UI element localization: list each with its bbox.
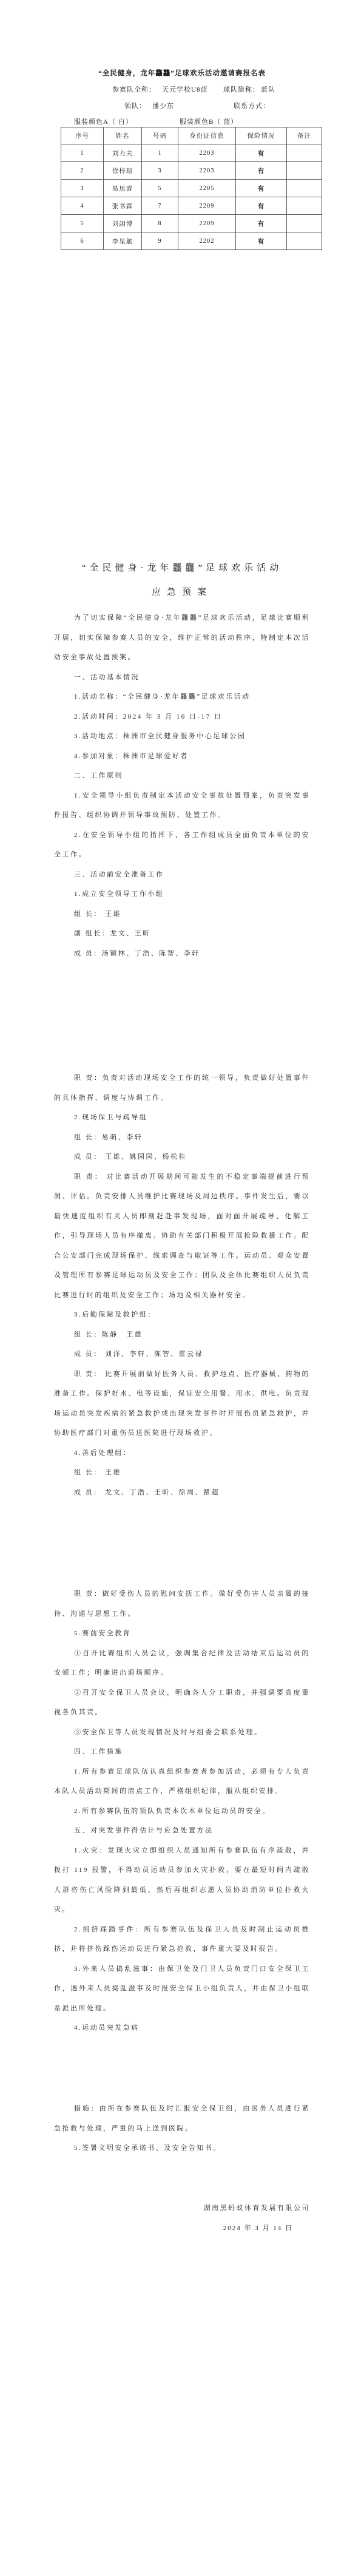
- plan-paragraph: ①召开比赛组织人员会议，强调集合纪律及活动结束后运动员的安顿工作；明确进出退场顺…: [54, 1644, 310, 1683]
- plan-paragraph: 措施：由所在参赛队伍及时汇报安全保卫组，由医务人员进行紧急抢救与处理，严重的马上…: [54, 2099, 310, 2138]
- plan-paragraph: 2.拥挤踩踏事件：所有参赛队伍及保卫人员及时制止运动员推挤，并将挤伤踩伤运动员进…: [54, 1920, 310, 1959]
- plan-paragraph: 五、对突发事件得估计与应急处置方法: [54, 1821, 310, 1841]
- plan-paragraph: 副 组长：龙文、王昕: [54, 924, 310, 944]
- plan-page-2: 职 责：负责对活动现场安全工作的统一领导，负责做好处置事件的具体指挥、调度与协调…: [54, 1068, 310, 1502]
- cell-insurance-status: 有: [236, 162, 287, 180]
- plan-page-3: 职 责：做好受伤人员的慰问安抚工作。做好受伤害人员亲属的接待、沟通与思想工作。5…: [54, 1584, 310, 2038]
- roster-header-cell: 保险情况: [236, 127, 287, 144]
- roster-header-cell: 身份证信息: [178, 127, 236, 144]
- roster-row: 5 刘翊博 8 2209 有: [61, 215, 322, 232]
- plan-paragraphs-4: 措施：由所在参赛队伍及时汇报安全保卫组，由医务人员进行紧急抢救与处理，严重的马上…: [54, 2099, 310, 2158]
- contact-label: 联系方式：: [234, 103, 270, 110]
- roster-row: 4 张书霖 7 2209 有: [61, 197, 322, 215]
- plan-paragraph: 职 责：负责对活动现场安全工作的统一领导，负责做好处置事件的具体指挥、调度与协调…: [54, 1068, 310, 1108]
- cell-insurance-status: 有: [236, 232, 287, 250]
- cell-jersey-number: 8: [142, 215, 178, 232]
- plan-paragraph: 2.所有参赛队伍的领队负责本次本单位运动员的安全。: [54, 1802, 310, 1822]
- cell-note: [287, 215, 322, 232]
- plan-paragraph: 1.活动名称：“全民健身·龙年龘龘”足球欢乐活动: [54, 687, 310, 707]
- plan-paragraph: 2.现场保卫与疏导组: [54, 1108, 310, 1128]
- plan-page-4: 措施：由所在参赛队伍及时汇报安全保卫组，由医务人员进行紧急抢救与处理，严重的马上…: [54, 2099, 310, 2239]
- roster-header-cell: 序号: [61, 127, 104, 144]
- team-leader-label: 领队：: [124, 103, 146, 110]
- cell-player-name: 易思睿: [104, 180, 142, 197]
- plan-paragraph: 成 员： 刘洋、李轩、陈智、雷云禄: [54, 1344, 310, 1364]
- cell-jersey-number: 3: [142, 162, 178, 180]
- roster-header-row: 序号姓名号码身份证信息保险情况备注: [61, 127, 322, 144]
- cell-index: 5: [61, 215, 104, 232]
- cell-insurance-status: 有: [236, 144, 287, 162]
- plan-paragraph: 1.火灾：发现火灾立即组织人员通知所有参赛队伍有序疏散，并拨打 119 报警，不…: [54, 1841, 310, 1920]
- cell-player-name: 李星航: [104, 232, 142, 250]
- plan-paragraph: 5.签署文明安全承诺书、及安全告知书。: [54, 2138, 310, 2158]
- plan-paragraph: 组 长：陈静 王雄: [54, 1325, 310, 1345]
- contact-field: 联系方式：: [234, 101, 276, 110]
- plan-subtitle: 应急预案: [54, 580, 310, 605]
- roster-table: 序号姓名号码身份证信息保险情况备注 1 刘力夫 1 2203 有 2: [61, 127, 322, 250]
- cell-note: [287, 162, 322, 180]
- cell-note: [287, 144, 322, 162]
- registration-form-page: “全民健身，龙年龘龘”足球欢乐活动邀请赛报名表 参赛队全称：天元学校U8蓝 球队…: [0, 68, 364, 268]
- cell-player-name: 徐梓瑄: [104, 162, 142, 180]
- roster-body: 1 刘力夫 1 2203 有 2 徐梓瑄 3 2203 有: [61, 144, 322, 250]
- cell-jersey-number: 1: [142, 144, 178, 162]
- cell-id-info: 2209: [178, 197, 236, 215]
- document-page: { "registration": { "title": "“全民健身，龙年龘龘…: [0, 0, 364, 2576]
- cell-id-info: 2202: [178, 232, 236, 250]
- plan-paragraph: 组 长： 王雄: [54, 904, 310, 924]
- roster-row: 6 李星航 9 2202 有: [61, 232, 322, 250]
- plan-paragraph: 职 责： 对比赛活动开展期间可能发生的不稳定事端提前进行预测、评估。负责安排人员…: [54, 1167, 310, 1306]
- cell-insurance-status: 有: [236, 197, 287, 215]
- cell-index: 3: [61, 180, 104, 197]
- plan-paragraph: 1.安全领导小组负责制定本活动安全事故处置预案，负责突发事件报告、组织协调并领导…: [54, 786, 310, 825]
- cell-id-info: 2209: [178, 215, 236, 232]
- roster-row: 1 刘力夫 1 2203 有: [61, 144, 322, 162]
- plan-paragraph: 4.运动员突发急病: [54, 2018, 310, 2038]
- plan-paragraph: 职 责：做好受伤人员的慰问安抚工作。做好受伤害人员亲属的接待、沟通与思想工作。: [54, 1584, 310, 1624]
- registration-title: “全民健身，龙年龘龘”足球欢乐活动邀请赛报名表: [0, 68, 364, 78]
- plan-paragraph: 5.赛前安全教育: [54, 1624, 310, 1644]
- roster-row: 3 易思睿 5 2205 有: [61, 180, 322, 197]
- roster-header-cell: 备注: [287, 127, 322, 144]
- plan-paragraph: 3.活动地点：株洲市全民健身服务中心足球公园: [54, 727, 310, 747]
- cell-note: [287, 180, 322, 197]
- plan-paragraph: 3.外来人员捣乱滋事：由保卫处及门卫人员负责门口安全保卫工作，遇外来人员捣乱滋事…: [54, 1959, 310, 2019]
- cell-player-name: 刘翊博: [104, 215, 142, 232]
- kit-color-b-field: 服装颜色B（ 蓝）: [180, 117, 238, 126]
- plan-paragraphs-2: 职 责：负责对活动现场安全工作的统一领导，负责做好处置事件的具体指挥、调度与协调…: [54, 1068, 310, 1502]
- signature-date: 2024 年 3 月 14 日: [54, 2218, 293, 2239]
- team-full-name-field: 参赛队全称：天元学校U8蓝: [112, 84, 207, 94]
- plan-paragraph: ③安全保卫等人员发现情况及时与组委会联系处理。: [54, 1723, 310, 1743]
- plan-paragraph: 成 员：汤颖林、丁浩、陈智、李轩: [54, 944, 310, 964]
- cell-id-info: 2203: [178, 144, 236, 162]
- plan-paragraph: 2.在安全领导小组的指挥下，各工作组成员全面负责本单位的安全工作。: [54, 825, 310, 865]
- team-full-name-label: 参赛队全称：: [112, 86, 156, 93]
- team-full-name-value: 天元学校U8蓝: [162, 86, 207, 93]
- team-short-name-field: 球队简称：蓝队: [223, 84, 275, 94]
- plan-paragraphs-3: 职 责：做好受伤人员的慰问安抚工作。做好受伤害人员亲属的接待、沟通与思想工作。5…: [54, 1584, 310, 2038]
- plan-paragraph: 三、活动前安全准备工作: [54, 865, 310, 885]
- cell-insurance-status: 有: [236, 215, 287, 232]
- cell-jersey-number: 7: [142, 197, 178, 215]
- plan-paragraph: 一、活动基本情况: [54, 668, 310, 688]
- cell-index: 4: [61, 197, 104, 215]
- plan-paragraph: 1.所有参赛足球队伍认真组织参赛者参加活动，必须有专人负责本队人员活动期间的清点…: [54, 1762, 310, 1802]
- cell-insurance-status: 有: [236, 180, 287, 197]
- plan-paragraph: 四、工作措施: [54, 1742, 310, 1762]
- plan-paragraph: 组 长： 王雄: [54, 1463, 310, 1483]
- cell-index: 6: [61, 232, 104, 250]
- cell-jersey-number: 5: [142, 180, 178, 197]
- plan-title: “全民健身·龙年龘龘”足球欢乐活动: [54, 556, 310, 580]
- roster-header-cell: 姓名: [104, 127, 142, 144]
- cell-player-name: 张书霖: [104, 197, 142, 215]
- plan-page-1: “全民健身·龙年龘龘”足球欢乐活动 应急预案 为了切实保障“全民健身·龙年龘龘”…: [54, 556, 310, 963]
- team-leader-value: 潘少东: [152, 103, 174, 110]
- plan-paragraph: 为了切实保障“全民健身·龙年龘龘”足球欢乐活动，足球比赛顺利开展，切实保障参赛人…: [54, 608, 310, 668]
- cell-player-name: 刘力夫: [104, 144, 142, 162]
- plan-paragraph: 成 员： 王雄、姚园园、杨松桂: [54, 1147, 310, 1167]
- roster-table-wrap: 序号姓名号码身份证信息保险情况备注 1 刘力夫 1 2203 有 2: [61, 127, 322, 250]
- plan-paragraph: 4.善后处理组：: [54, 1443, 310, 1463]
- kit-color-a-field: 服装颜色A（ 白）: [74, 117, 133, 126]
- roster-header-cell: 号码: [142, 127, 178, 144]
- cell-id-info: 2203: [178, 162, 236, 180]
- cell-index: 1: [61, 144, 104, 162]
- plan-paragraph: 二、工作原则: [54, 766, 310, 786]
- plan-paragraph: 3.后勤保障及救护组：: [54, 1305, 310, 1325]
- plan-paragraph: 组 长：易萌、李轩: [54, 1128, 310, 1148]
- plan-paragraph: 2.活动时间：2024 年 3 月 16 日-17 日: [54, 707, 310, 727]
- team-short-name-value: 蓝队: [261, 86, 275, 93]
- plan-paragraphs-1: 为了切实保障“全民健身·龙年龘龘”足球欢乐活动，足球比赛顺利开展，切实保障参赛人…: [54, 608, 310, 963]
- plan-paragraph: 4.参加对象：株洲市足球爱好者: [54, 747, 310, 767]
- cell-jersey-number: 9: [142, 232, 178, 250]
- cell-note: [287, 232, 322, 250]
- cell-note: [287, 197, 322, 215]
- cell-index: 2: [61, 162, 104, 180]
- plan-paragraph: 职 责： 比赛开展前做好医务人员、救护地点、医疗器械、药物的准备工作。保护好水、…: [54, 1364, 310, 1443]
- plan-paragraph: 成 员： 龙文、丁浩、王昕、徐周、瞿超: [54, 1483, 310, 1503]
- cell-id-info: 2205: [178, 180, 236, 197]
- team-short-name-label: 球队简称：: [223, 86, 260, 93]
- plan-paragraph: ②召开安全保卫人员会议，明确各人分工职责，并强调要高度重视各负其责。: [54, 1683, 310, 1723]
- roster-row: 2 徐梓瑄 3 2203 有: [61, 162, 322, 180]
- signature-organization: 湖南黑蚂蚁体育发展有限公司: [54, 2198, 310, 2218]
- plan-paragraph: 1.成立安全领导工作小组: [54, 884, 310, 904]
- team-leader-field: 领队：潘少东: [124, 101, 174, 110]
